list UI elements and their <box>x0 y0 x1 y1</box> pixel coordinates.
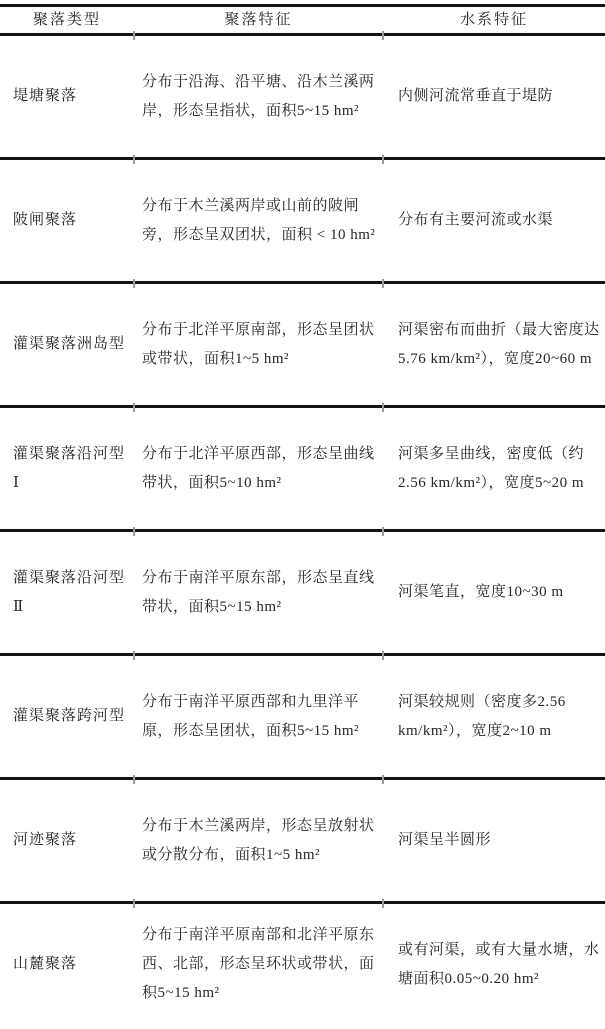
water-feature-cell: 河渠呈半圆形 <box>383 826 605 855</box>
table-row: 陂闸聚落 分布于木兰溪两岸或山前的陂闸旁，形态呈双团状，面积 < 10 hm² … <box>0 160 605 284</box>
settlement-feature-cell: 分布于北洋平原南部，形态呈团状或带状，面积1~5 hm² <box>134 316 383 374</box>
table-row: 灌渠聚落沿河型 Ⅱ 分布于南洋平原东部，形态呈直线带状，面积5~15 hm² 河… <box>0 532 605 656</box>
settlement-type-cell: 河迹聚落 <box>0 826 134 855</box>
table-row: 灌渠聚落跨河型 分布于南洋平原西部和九里洋平原，形态呈团状，面积5~15 hm²… <box>0 656 605 780</box>
settlement-feature-cell: 分布于沿海、沿平塘、沿木兰溪两岸，形态呈指状，面积5~15 hm² <box>134 68 383 126</box>
column-header-settlement-feature: 聚落特征 <box>134 7 383 33</box>
settlement-type-cell: 灌渠聚落沿河型 Ⅱ <box>0 564 134 622</box>
settlement-type-cell: 灌渠聚落洲岛型 <box>0 330 134 359</box>
column-header-water-feature: 水系特征 <box>383 7 605 33</box>
settlement-feature-cell: 分布于木兰溪两岸或山前的陂闸旁，形态呈双团状，面积 < 10 hm² <box>134 192 383 250</box>
water-feature-cell: 河渠笔直，宽度10~30 m <box>383 578 605 607</box>
settlement-type-cell: 陂闸聚落 <box>0 206 134 235</box>
table-row: 灌渠聚落沿河型 Ⅰ 分布于北洋平原西部，形态呈曲线带状，面积5~10 hm² 河… <box>0 408 605 532</box>
table-header-row: 聚落类型 聚落特征 水系特征 <box>0 7 605 36</box>
settlement-type-cell: 堤塘聚落 <box>0 82 134 111</box>
settlement-feature-cell: 分布于木兰溪两岸，形态呈放射状或分散分布，面积1~5 hm² <box>134 812 383 870</box>
water-feature-cell: 内侧河流常垂直于堤防 <box>383 82 605 111</box>
settlement-feature-cell: 分布于南洋平原东部，形态呈直线带状，面积5~15 hm² <box>134 564 383 622</box>
column-header-settlement-type: 聚落类型 <box>0 7 134 33</box>
settlement-feature-cell: 分布于南洋平原西部和九里洋平原，形态呈团状，面积5~15 hm² <box>134 688 383 746</box>
settlement-type-cell: 灌渠聚落跨河型 <box>0 702 134 731</box>
table-row: 灌渠聚落洲岛型 分布于北洋平原南部，形态呈团状或带状，面积1~5 hm² 河渠密… <box>0 284 605 408</box>
table-row: 河迹聚落 分布于木兰溪两岸，形态呈放射状或分散分布，面积1~5 hm² 河渠呈半… <box>0 780 605 904</box>
settlement-type-cell: 山麓聚落 <box>0 950 134 979</box>
settlement-water-table: 聚落类型 聚落特征 水系特征 堤塘聚落 分布于沿海、沿平塘、沿木兰溪两岸，形态呈… <box>0 4 605 1025</box>
settlement-feature-cell: 分布于北洋平原西部，形态呈曲线带状，面积5~10 hm² <box>134 440 383 498</box>
water-feature-cell: 河渠密布而曲折（最大密度达5.76 km/km²），宽度20~60 m <box>383 316 605 374</box>
water-feature-cell: 河渠多呈曲线，密度低（约2.56 km/km²），宽度5~20 m <box>383 440 605 498</box>
settlement-feature-cell: 分布于南洋平原南部和北洋平原东西、北部，形态呈环状或带状，面积5~15 hm² <box>134 921 383 1008</box>
water-feature-cell: 或有河渠，或有大量水塘，水塘面积0.05~0.20 hm² <box>383 936 605 994</box>
table-row: 山麓聚落 分布于南洋平原南部和北洋平原东西、北部，形态呈环状或带状，面积5~15… <box>0 904 605 1025</box>
water-feature-cell: 河渠较规则（密度多2.56 km/km²），宽度2~10 m <box>383 688 605 746</box>
water-feature-cell: 分布有主要河流或水渠 <box>383 206 605 235</box>
settlement-type-cell: 灌渠聚落沿河型 Ⅰ <box>0 440 134 498</box>
table-row: 堤塘聚落 分布于沿海、沿平塘、沿木兰溪两岸，形态呈指状，面积5~15 hm² 内… <box>0 36 605 160</box>
